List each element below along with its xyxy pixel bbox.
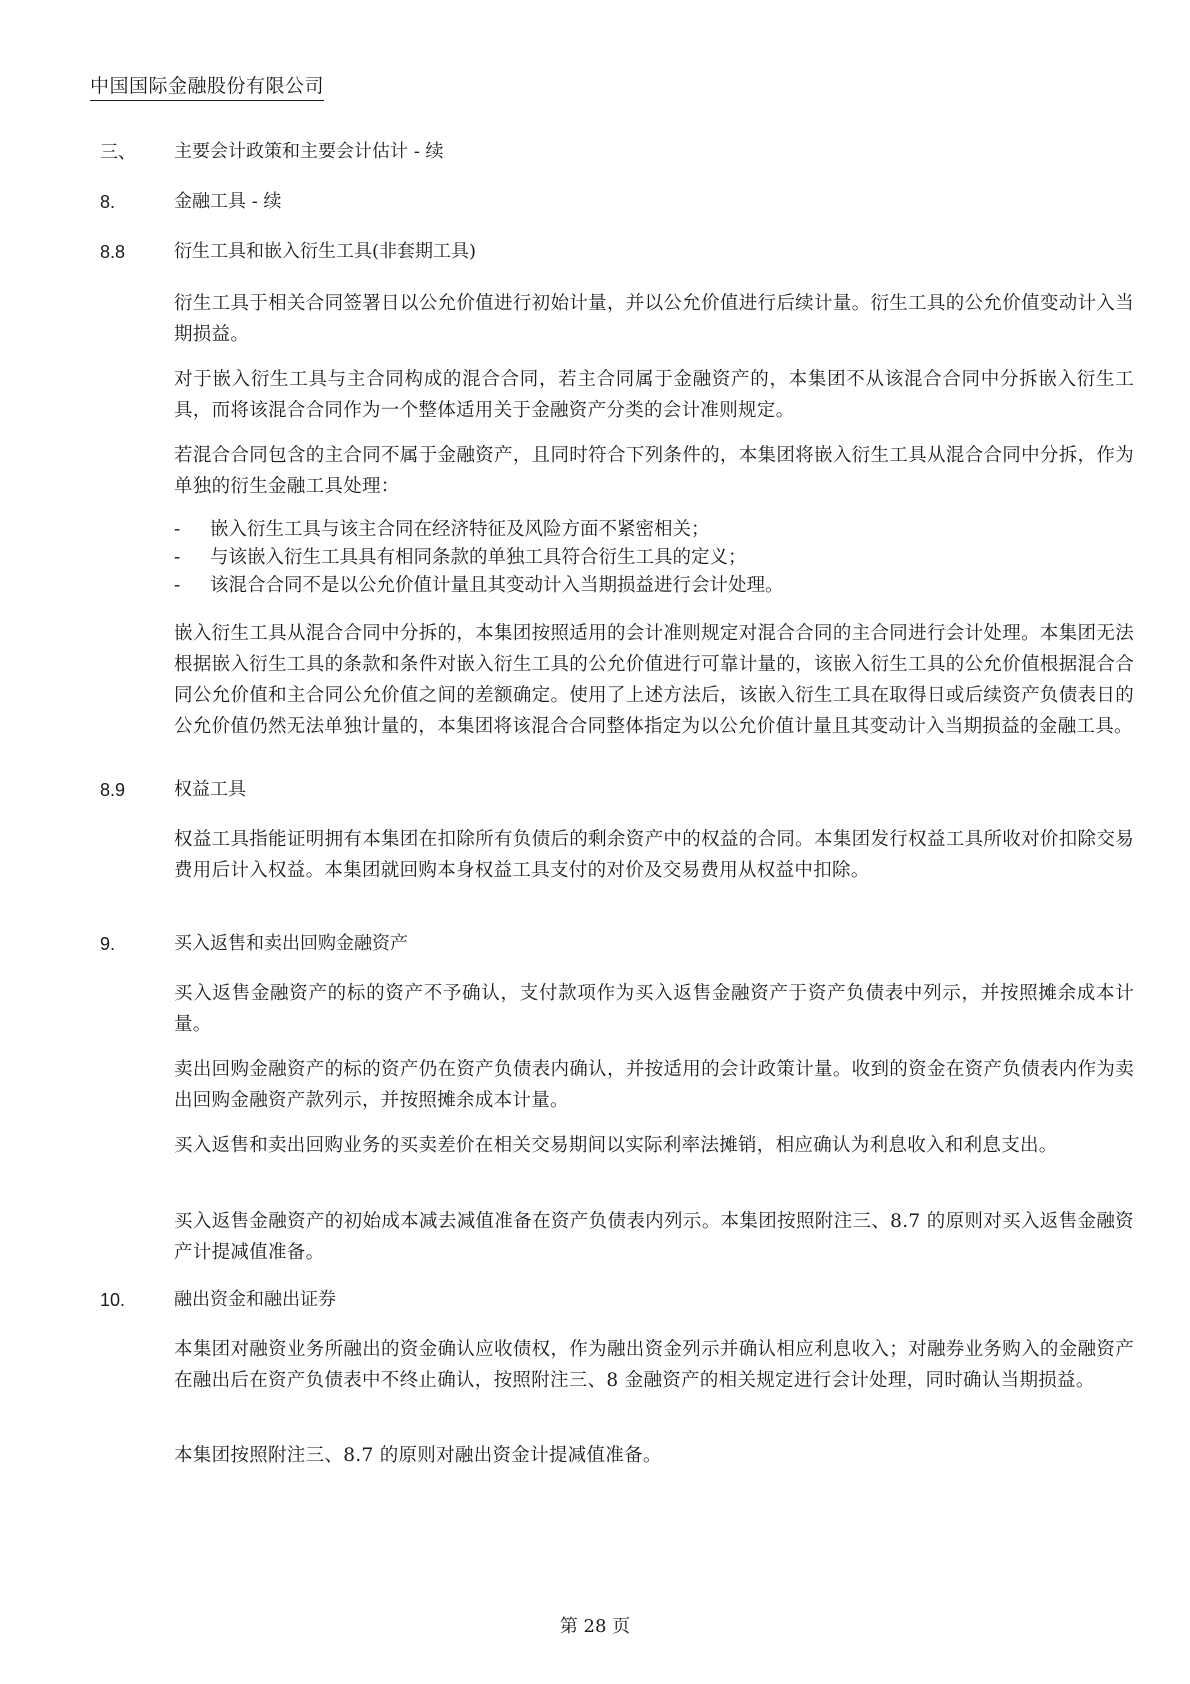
heading-number: 9. (100, 932, 174, 956)
heading-number: 8.9 (100, 778, 174, 802)
bullet-dash: - (174, 544, 210, 572)
bullet-text: 与该嵌入衍生工具具有相同条款的单独工具符合衍生工具的定义； (210, 544, 747, 572)
list-item: - 该混合合同不是以公允价值计量且其变动计入当期损益进行会计处理。 (174, 572, 1134, 600)
bullet-text: 嵌入衍生工具与该主合同在经济特征及风险方面不紧密相关； (210, 516, 710, 544)
bullet-dash: - (174, 572, 210, 600)
paragraph-repo-spread: 买入返售和卖出回购业务的买卖差价在相关交易期间以实际利率法摊销，相应确认为利息收… (174, 1130, 1134, 1161)
section-heading-8: 8. 金融工具 - 续 (100, 190, 282, 214)
paragraph-reverse-repo: 买入返售金融资产的标的资产不予确认，支付款项作为买入返售金融资产于资产负债表中列… (174, 978, 1134, 1040)
paragraph-separated-derivative-accounting: 嵌入衍生工具从混合合同中分拆的，本集团按照适用的会计准则规定对混合合同的主合同进… (174, 618, 1134, 742)
paragraph-margin-impairment: 本集团按照附注三、8.7 的原则对融出资金计提减值准备。 (174, 1440, 1134, 1471)
section-heading-3: 三、 主要会计政策和主要会计估计 - 续 (100, 140, 444, 164)
bullet-dash: - (174, 516, 210, 544)
heading-number: 10. (100, 1288, 174, 1312)
bullet-text: 该混合合同不是以公允价值计量且其变动计入当期损益进行会计处理。 (210, 572, 784, 600)
document-page: 中国国际金融股份有限公司 三、 主要会计政策和主要会计估计 - 续 8. 金融工… (0, 0, 1190, 1684)
company-name-header: 中国国际金融股份有限公司 (90, 74, 324, 101)
conditions-list: - 嵌入衍生工具与该主合同在经济特征及风险方面不紧密相关； - 与该嵌入衍生工具… (174, 516, 1134, 600)
paragraph-derivative-measurement: 衍生工具于相关合同签署日以公允价值进行初始计量，并以公允价值进行后续计量。衍生工… (174, 288, 1134, 350)
paragraph-reverse-repo-impairment: 买入返售金融资产的初始成本减去减值准备在资产负债表内列示。本集团按照附注三、8.… (174, 1206, 1134, 1268)
section-heading-8-8: 8.8 衍生工具和嵌入衍生工具(非套期工具) (100, 240, 476, 264)
paragraph-margin-financing: 本集团对融资业务所融出的资金确认应收债权，作为融出资金列示并确认相应利息收入；对… (174, 1334, 1134, 1396)
section-heading-10: 10. 融出资金和融出证券 (100, 1288, 336, 1312)
heading-title: 融出资金和融出证券 (174, 1288, 336, 1312)
heading-number: 三、 (100, 140, 174, 164)
page-number: 第 28 页 (0, 1612, 1190, 1638)
section-heading-8-9: 8.9 权益工具 (100, 778, 246, 802)
paragraph-repo: 卖出回购金融资产的标的资产仍在资产负债表内确认，并按适用的会计政策计量。收到的资… (174, 1054, 1134, 1116)
paragraph-equity-instruments: 权益工具指能证明拥有本集团在扣除所有负债后的剩余资产中的权益的合同。本集团发行权… (174, 824, 1134, 886)
paragraph-hybrid-financial-asset: 对于嵌入衍生工具与主合同构成的混合合同，若主合同属于金融资产的，本集团不从该混合… (174, 364, 1134, 426)
list-item: - 与该嵌入衍生工具具有相同条款的单独工具符合衍生工具的定义； (174, 544, 1134, 572)
heading-title: 主要会计政策和主要会计估计 - 续 (174, 140, 444, 164)
heading-title: 权益工具 (174, 778, 246, 802)
section-heading-9: 9. 买入返售和卖出回购金融资产 (100, 932, 408, 956)
heading-title: 金融工具 - 续 (174, 190, 282, 214)
paragraph-hybrid-separation-conditions: 若混合合同包含的主合同不属于金融资产，且同时符合下列条件的，本集团将嵌入衍生工具… (174, 440, 1134, 502)
heading-title: 买入返售和卖出回购金融资产 (174, 932, 408, 956)
heading-number: 8.8 (100, 240, 174, 264)
heading-title: 衍生工具和嵌入衍生工具(非套期工具) (174, 240, 476, 264)
heading-number: 8. (100, 190, 174, 214)
list-item: - 嵌入衍生工具与该主合同在经济特征及风险方面不紧密相关； (174, 516, 1134, 544)
